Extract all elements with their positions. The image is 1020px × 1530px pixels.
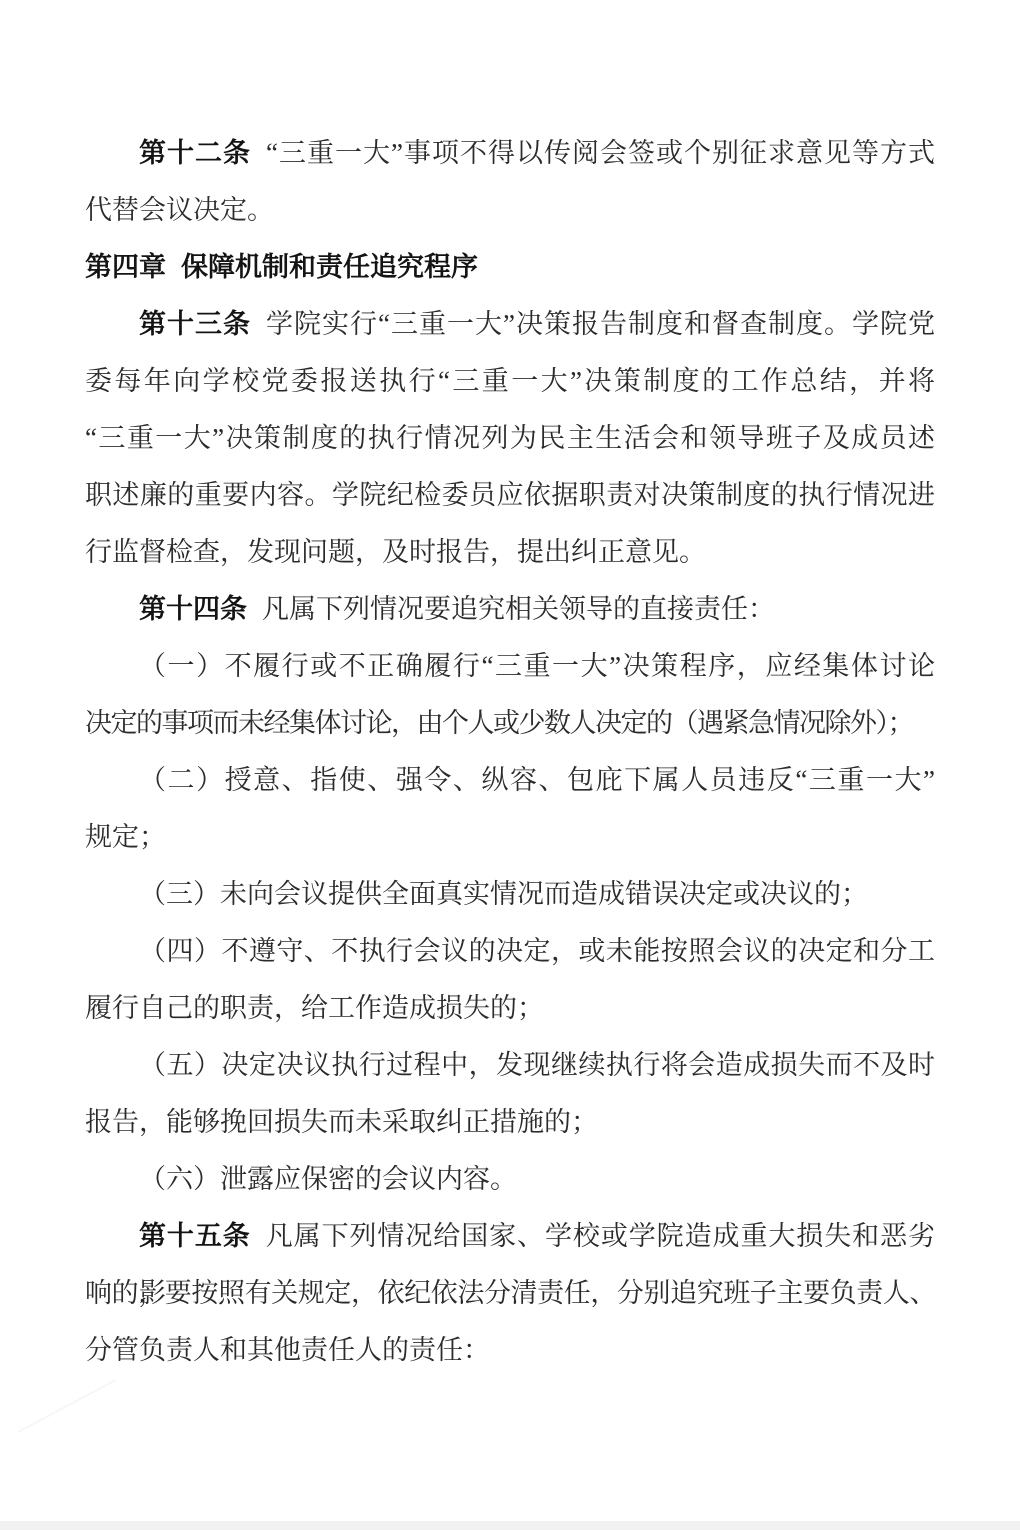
- text-line: （三）未向会议提供全面真实情况而造成错误决定或决议的；: [85, 866, 935, 923]
- text-line: 第十二条“三重一大”事项不得以传阅会签或个别征求意见等方式: [85, 125, 935, 182]
- line-text: （三）未向会议提供全面真实情况而造成错误决定或决议的；: [139, 879, 868, 909]
- article-number: 第十二条: [139, 138, 251, 168]
- text-line: （六）泄露应保密的会议内容。: [85, 1151, 935, 1208]
- item-6-paragraph: （六）泄露应保密的会议内容。: [85, 1151, 935, 1208]
- line-text: 委每年向学校党委报送执行“三重一大”决策制度的工作总结，并将: [85, 366, 935, 396]
- line-text: （六）泄露应保密的会议内容。: [139, 1164, 517, 1194]
- line-text: 分管负责人和其他责任人的责任：: [85, 1335, 490, 1365]
- chapter-4-heading: 第四章保障机制和责任追究程序: [85, 239, 935, 296]
- line-text: 行监督检查，发现问题，及时报告，提出纠正意见。: [85, 537, 706, 567]
- text-line: 报告，能够挽回损失而未采取纠正措施的；: [85, 1094, 935, 1151]
- item-1-paragraph: （一）不履行或不正确履行“三重一大”决策程序，应经集体讨论决定的事项而未经集体讨…: [85, 638, 935, 752]
- line-text: （一）不履行或不正确履行“三重一大”决策程序，应经集体讨论: [139, 651, 935, 681]
- line-text: 凡属下列情况要追究相关领导的直接责任：: [262, 594, 775, 624]
- text-line: 响的，要按照有关规定，依纪依法分清责任，分别追究班子主要负责人、: [85, 1265, 935, 1322]
- text-line: 履行自己的职责，给工作造成损失的；: [85, 980, 935, 1037]
- line-text: 代替会议决定。: [85, 195, 274, 225]
- item-4-paragraph: （四）不遵守、不执行会议的决定，或未能按照会议的决定和分工履行自己的职责，给工作…: [85, 923, 935, 1037]
- document-content: 第十二条“三重一大”事项不得以传阅会签或个别征求意见等方式代替会议决定。第四章保…: [85, 125, 935, 1379]
- text-line: “三重一大”决策制度的执行情况列为民主生活会和领导班子及成员述: [85, 410, 935, 467]
- article-12-paragraph: 第十二条“三重一大”事项不得以传阅会签或个别征求意见等方式代替会议决定。: [85, 125, 935, 239]
- line-text: 响的，要按照有关规定，依纪依法分清责任，分别追究班子主要负责人、: [85, 1278, 935, 1308]
- text-line: 第十三条学院实行“三重一大”决策报告制度和督查制度。学院党: [85, 296, 935, 353]
- text-line: 规定；: [85, 809, 935, 866]
- line-text: 履行自己的职责，给工作造成损失的；: [85, 993, 544, 1023]
- photo-edge-strip: [0, 1521, 1020, 1530]
- line-text: （二）授意、指使、强令、纵容、包庇下属人员违反“三重一大”: [139, 765, 935, 795]
- article-number: 第十四条: [139, 594, 247, 624]
- article-13-paragraph: 第十三条学院实行“三重一大”决策报告制度和督查制度。学院党委每年向学校党委报送执…: [85, 296, 935, 581]
- line-text: 学院实行“三重一大”决策报告制度和督查制度。学院党: [266, 309, 935, 339]
- item-3-paragraph: （三）未向会议提供全面真实情况而造成错误决定或决议的；: [85, 866, 935, 923]
- line-text: 职述廉的重要内容。学院纪检委员应依据职责对决策制度的执行情况进: [85, 480, 935, 510]
- text-line: 代替会议决定。: [85, 182, 935, 239]
- item-5-paragraph: （五）决定决议执行过程中，发现继续执行将会造成损失而不及时报告，能够挽回损失而未…: [85, 1037, 935, 1151]
- article-14-paragraph: 第十四条凡属下列情况要追究相关领导的直接责任：: [85, 581, 935, 638]
- article-15-paragraph: 第十五条凡属下列情况给国家、学校或学院造成重大损失和恶劣影响的，要按照有关规定，…: [85, 1208, 935, 1379]
- line-text: “三重一大”事项不得以传阅会签或个别征求意见等方式: [266, 138, 935, 168]
- text-line: （四）不遵守、不执行会议的决定，或未能按照会议的决定和分工: [85, 923, 935, 980]
- chapter-heading-line: 第四章保障机制和责任追究程序: [85, 239, 935, 296]
- line-text: 决定的事项而未经集体讨论，由个人或少数人决定的（遇紧急情况除外）；: [85, 708, 913, 738]
- text-line: （一）不履行或不正确履行“三重一大”决策程序，应经集体讨论: [85, 638, 935, 695]
- text-line: 第十四条凡属下列情况要追究相关领导的直接责任：: [85, 581, 935, 638]
- photo-crease-artifact: [18, 1379, 116, 1432]
- line-text: （四）不遵守、不执行会议的决定，或未能按照会议的决定和分工: [139, 936, 935, 966]
- item-2-paragraph: （二）授意、指使、强令、纵容、包庇下属人员违反“三重一大”规定；: [85, 752, 935, 866]
- article-number: 第十三条: [139, 309, 251, 339]
- chapter-number: 第四章: [85, 252, 166, 282]
- article-number: 第十五条: [139, 1221, 251, 1251]
- text-line: 分管负责人和其他责任人的责任：: [85, 1322, 935, 1379]
- text-line: （二）授意、指使、强令、纵容、包庇下属人员违反“三重一大”: [85, 752, 935, 809]
- line-text: （五）决定决议执行过程中，发现继续执行将会造成损失而不及时: [139, 1050, 935, 1080]
- text-line: 职述廉的重要内容。学院纪检委员应依据职责对决策制度的执行情况进: [85, 467, 935, 524]
- document-page: 第十二条“三重一大”事项不得以传阅会签或个别征求意见等方式代替会议决定。第四章保…: [0, 0, 1020, 1530]
- line-text: 报告，能够挽回损失而未采取纠正措施的；: [85, 1107, 598, 1137]
- text-line: 委每年向学校党委报送执行“三重一大”决策制度的工作总结，并将: [85, 353, 935, 410]
- line-text: “三重一大”决策制度的执行情况列为民主生活会和领导班子及成员述: [85, 423, 935, 453]
- text-line: 行监督检查，发现问题，及时报告，提出纠正意见。: [85, 524, 935, 581]
- line-text: 保障机制和责任追究程序: [181, 252, 478, 282]
- text-line: （五）决定决议执行过程中，发现继续执行将会造成损失而不及时: [85, 1037, 935, 1094]
- text-line: 决定的事项而未经集体讨论，由个人或少数人决定的（遇紧急情况除外）；: [85, 695, 935, 752]
- text-line: 第十五条凡属下列情况给国家、学校或学院造成重大损失和恶劣影: [85, 1208, 935, 1265]
- line-text: 规定；: [85, 822, 166, 852]
